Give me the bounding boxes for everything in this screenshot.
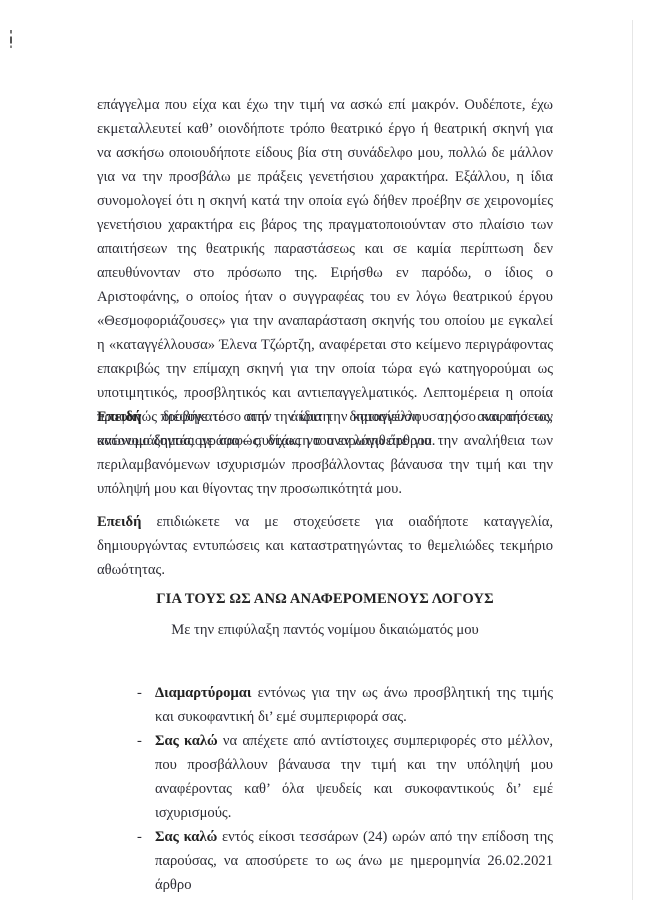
list-item: - Διαμαρτύρομαι εντόνως για την ως άνω π… (137, 681, 553, 729)
scan-margin-mark (10, 30, 12, 48)
scan-page-edge (632, 20, 633, 900)
document-page: επάγγελμα που είχα και έχω την τιμή να α… (0, 0, 650, 924)
paragraph-lead: Επειδή (97, 409, 141, 425)
list-item: - Σας καλώ να απέχετε από αντίστοιχες συ… (137, 729, 553, 825)
demand-lead: Σας καλώ (155, 733, 218, 749)
paragraph-whereas-targeting: Επειδή επιδιώκετε να με στοχεύσετε για ο… (97, 510, 553, 582)
paragraph-text: επιδιώκετε να με στοχεύσετε για οιαδήποτ… (97, 514, 553, 578)
dash-bullet-icon: - (137, 681, 142, 705)
paragraph-whereas-publication: Επειδή προβήκατε στην άκριτη δημοσίευση … (97, 405, 553, 501)
paragraph-text: επάγγελμα που είχα και έχω την τιμή να α… (97, 97, 553, 449)
paragraph-text: προβήκατε στην άκριτη δημοσίευση της ανα… (97, 409, 553, 497)
section-subheading: Με την επιφύλαξη παντός νομίμου δικαιώμα… (97, 622, 553, 639)
demand-lead: Διαμαρτύρομαι (155, 685, 251, 701)
demands-list: - Διαμαρτύρομαι εντόνως για την ως άνω π… (137, 681, 553, 897)
dash-bullet-icon: - (137, 825, 142, 849)
paragraph-lead: Επειδή (97, 514, 141, 530)
dash-bullet-icon: - (137, 729, 142, 753)
list-item: - Σας καλώ εντός είκοσι τεσσάρων (24) ωρ… (137, 825, 553, 897)
demand-lead: Σας καλώ (155, 829, 217, 845)
section-heading: ΓΙΑ ΤΟΥΣ ΩΣ ΑΝΩ ΑΝΑΦΕΡΟΜΕΝΟΥΣ ΛΟΓΟΥΣ (97, 591, 553, 608)
paragraph-defense-statement: επάγγελμα που είχα και έχω την τιμή να α… (97, 93, 553, 453)
